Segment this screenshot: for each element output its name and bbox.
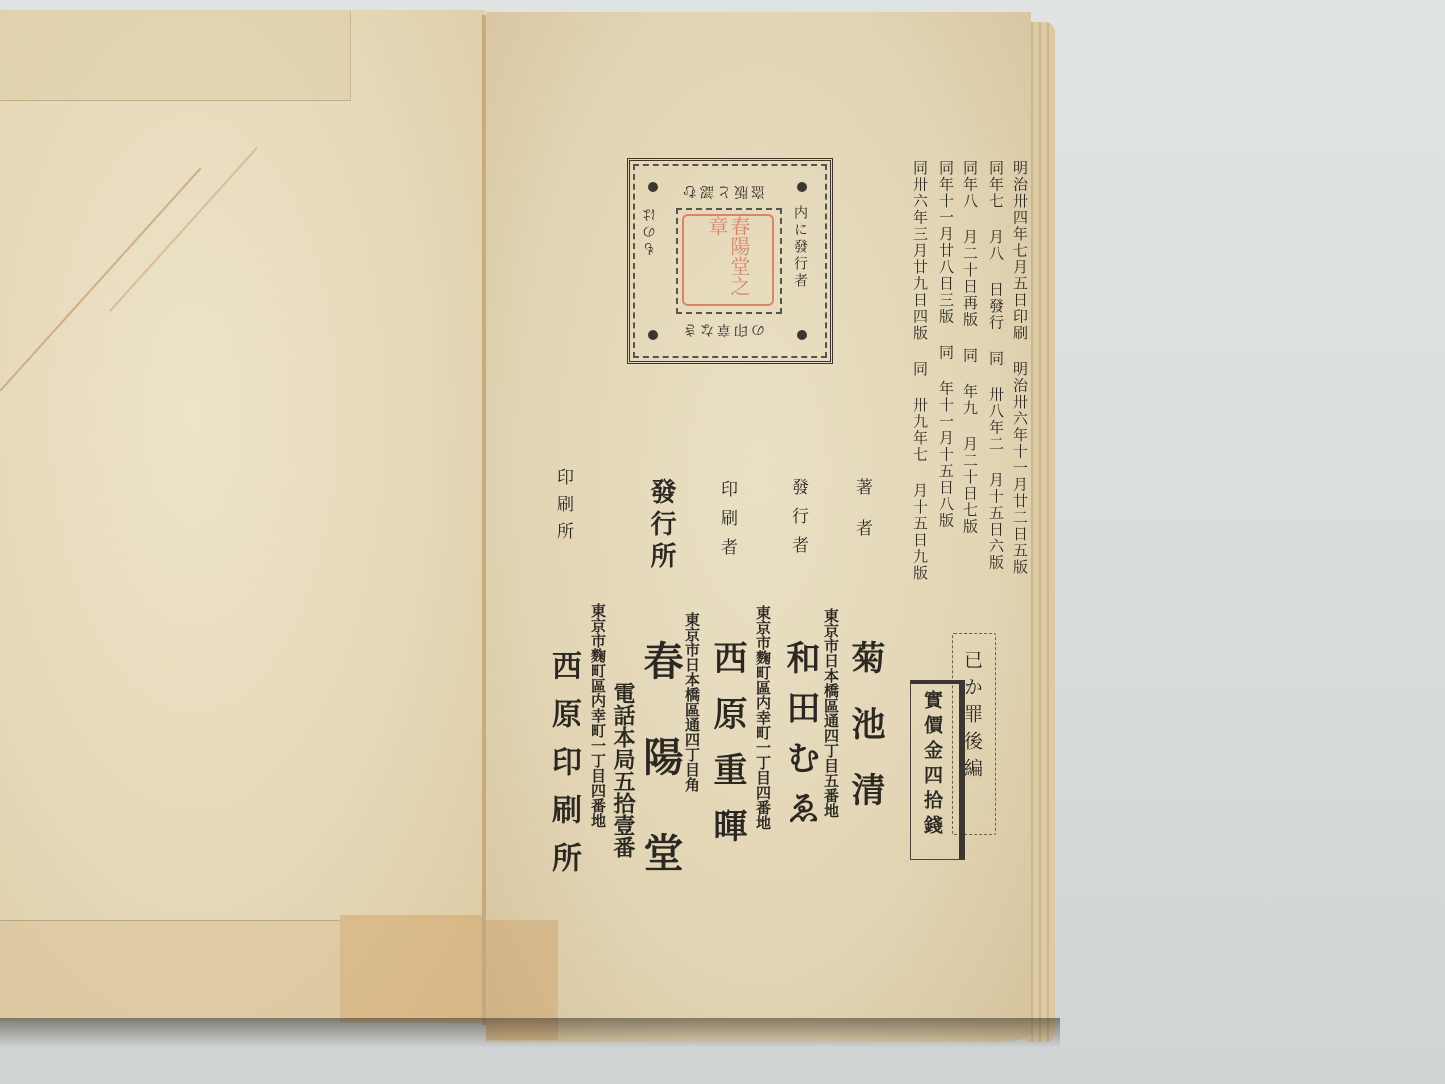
publishing-house-phone: 電話本局五拾壹番	[612, 682, 634, 858]
printer-label: 印刷者	[718, 480, 735, 567]
publishing-house-name: 春陽堂	[640, 640, 680, 928]
repair-tape-bottom	[0, 920, 340, 1021]
history-line-3: 同年八 月二十日再版 同 年九 月二十日七版	[962, 160, 977, 535]
printer-name: 西原重暉	[710, 640, 744, 864]
author-name: 菊池清	[848, 640, 882, 838]
history-line-1: 明治卅四年七月五日印刷 明治卅六年十一月廿二日五版	[1012, 160, 1027, 576]
author-address: 東京市日本橋區通四丁目五番地	[823, 608, 838, 818]
print-shop-name: 西原印刷所	[548, 650, 578, 890]
seal-dot	[648, 330, 658, 340]
seal-dot	[797, 182, 807, 192]
print-shop-label: 印刷所	[554, 468, 571, 549]
print-shop-address: 東京市麴町區内幸町一丁目四番地	[590, 603, 605, 828]
repair-tape-top	[0, 10, 351, 101]
history-line-4: 同年十一月廿八日三版 同 年十一月十五日八版	[938, 160, 953, 529]
seal-text-right: 内に發行者	[793, 205, 807, 290]
publisher-seal-stamp: 春陽堂之章	[682, 214, 774, 306]
publisher-label: 發行者	[789, 478, 806, 565]
history-line-2: 同年七 月八 日發行 同 卅八年二 月十五日六版	[988, 160, 1003, 571]
publishing-house-label: 發行所	[648, 478, 674, 574]
repair-tape-bottom-edge	[340, 915, 482, 1023]
author-label: 著者	[853, 478, 870, 560]
seal-text-left: ものは	[643, 205, 657, 256]
history-line-5: 同卅六年三月廿九日四版 同 卅九年七 月十五日九版	[912, 160, 927, 582]
printer-address: 東京市日本橋區通四丁目角	[684, 612, 699, 792]
seal-text-bottom: の印章なき	[680, 320, 765, 340]
book-spine	[482, 15, 486, 1025]
book-price: 實價金四拾錢	[922, 690, 941, 840]
publisher-name: 和田むゑ	[783, 640, 817, 840]
publisher-address: 東京市麴町區内幸町一丁目四番地	[755, 605, 770, 830]
seal-text-top: 盗版と認む	[680, 182, 765, 202]
seal-dot	[797, 330, 807, 340]
book-shadow	[0, 1018, 1060, 1048]
seal-dot	[648, 182, 658, 192]
